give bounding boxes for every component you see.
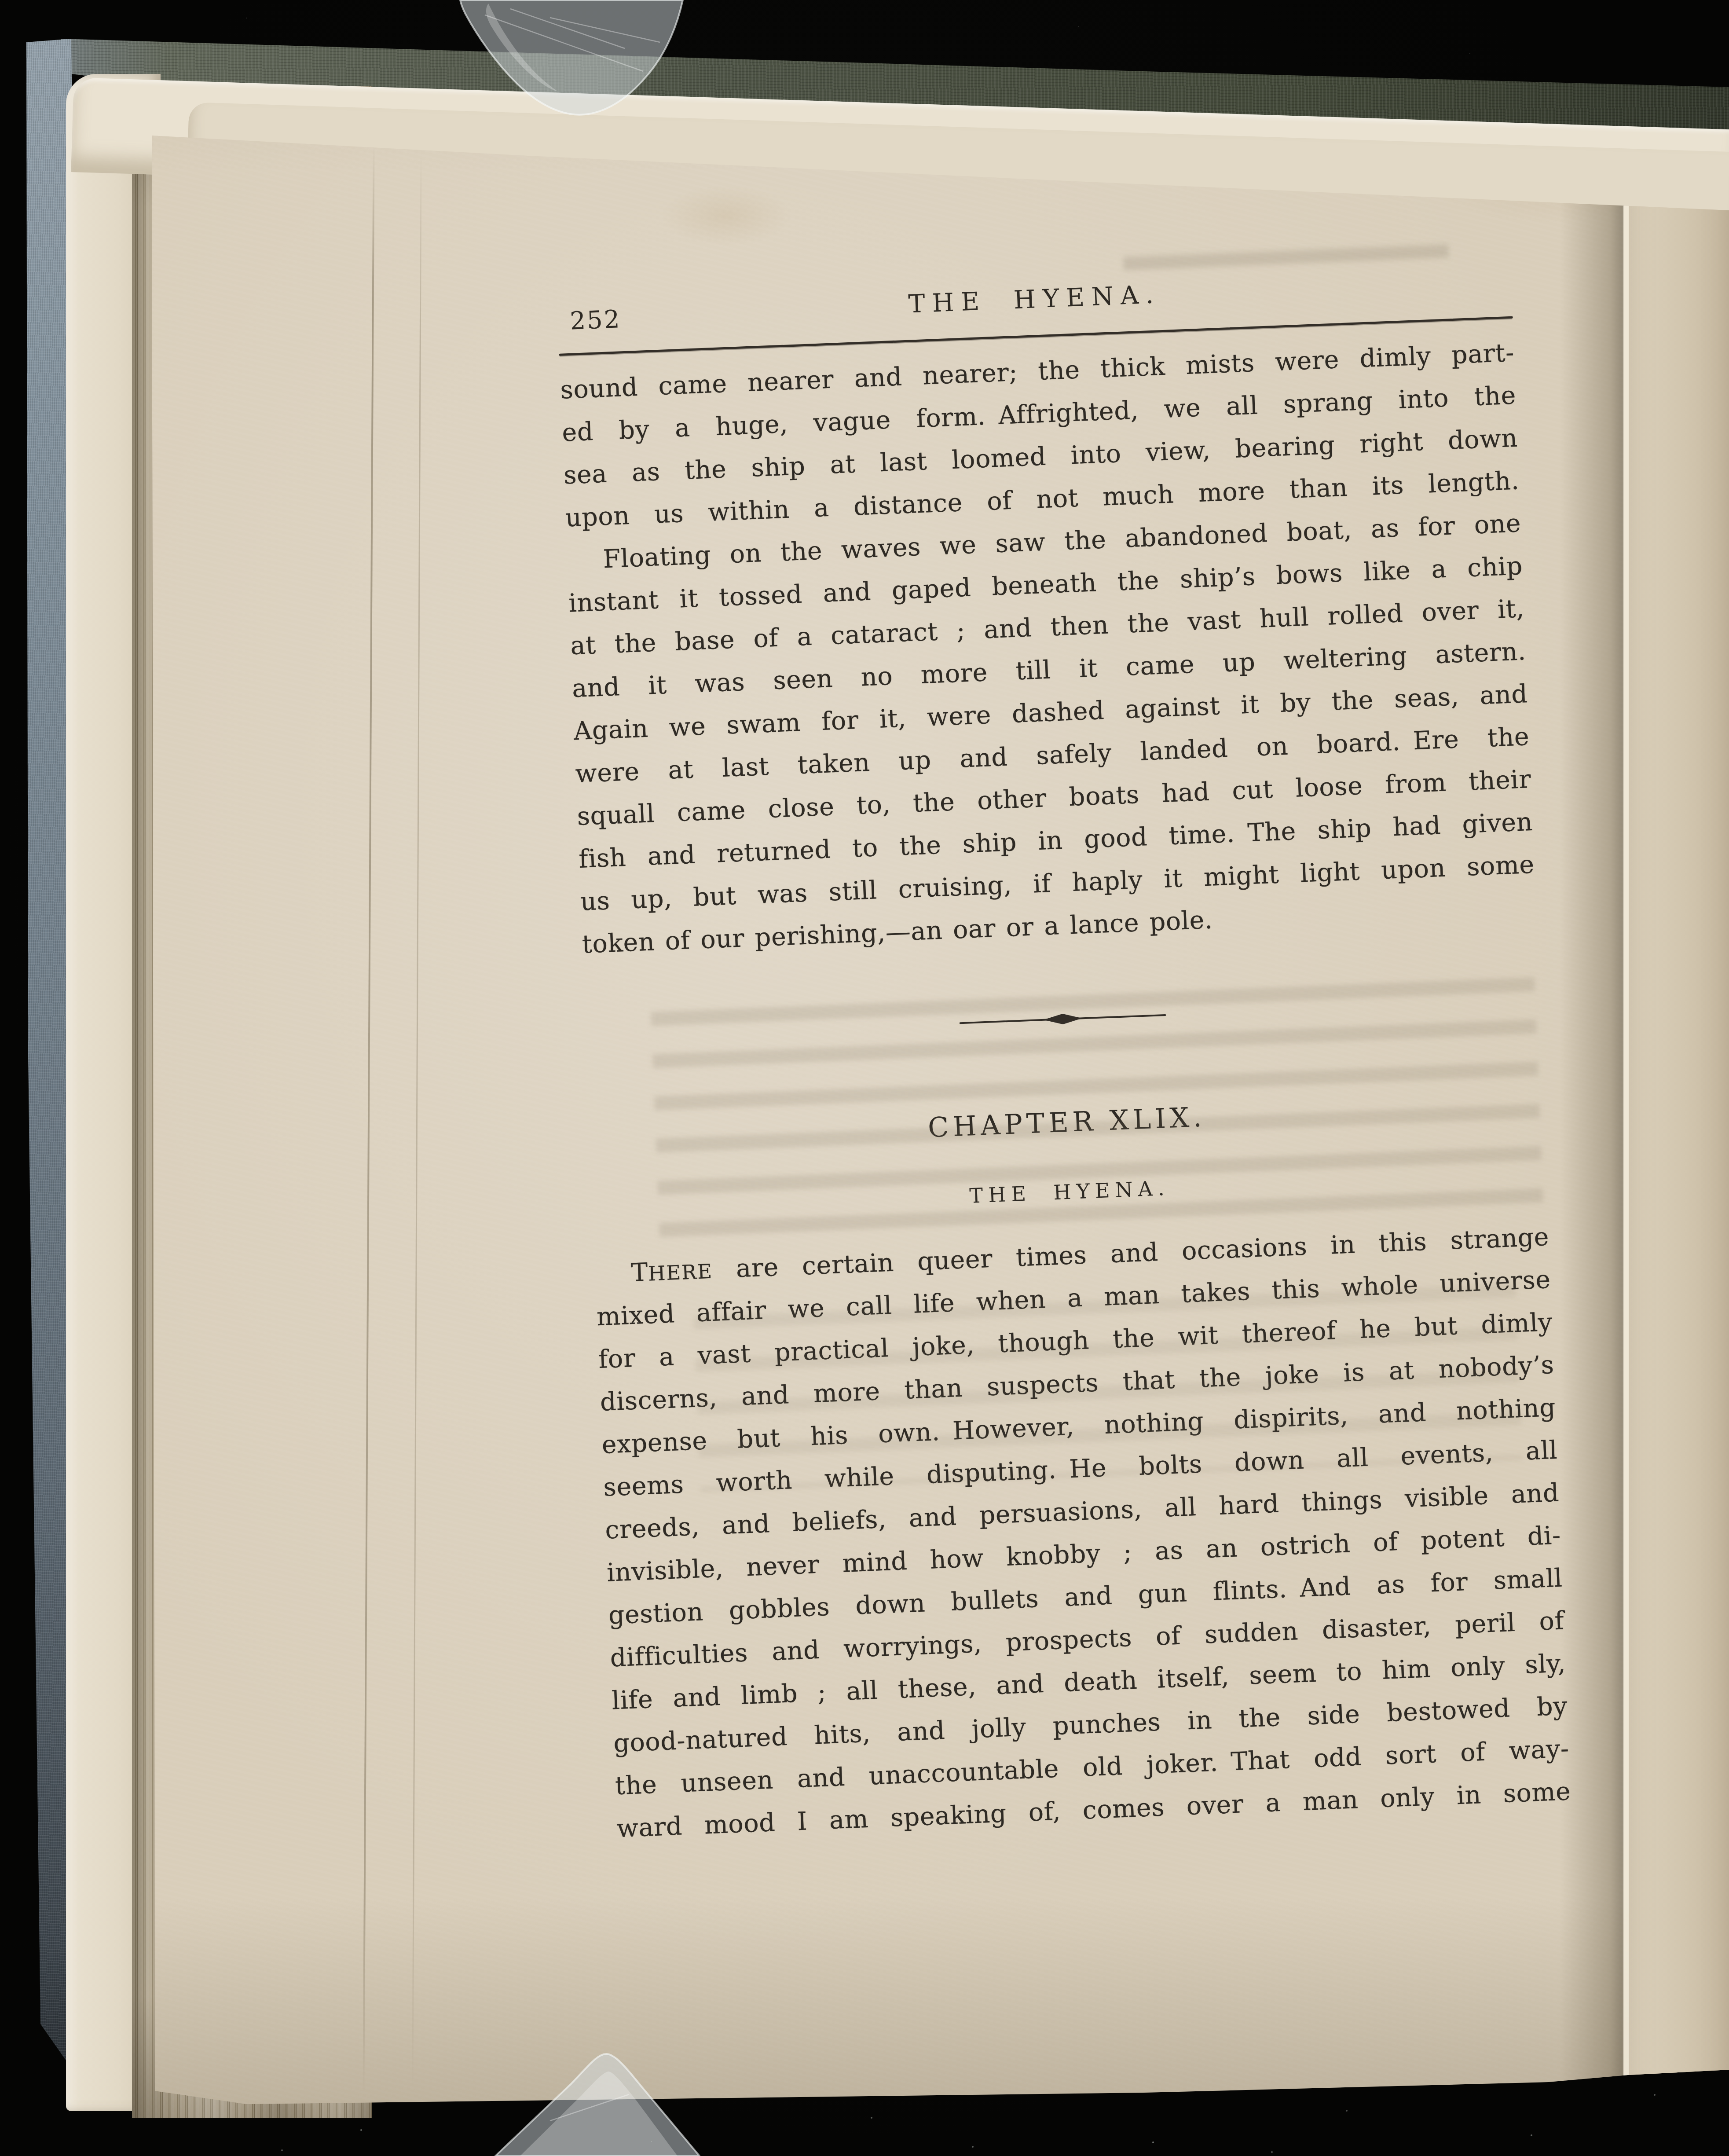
top-page-holder-clip	[460, 0, 683, 115]
photo-open-book: 252 THE HYENA. sound came nearer and nea…	[0, 0, 1729, 2156]
acrylic-clips-overlay	[0, 0, 1729, 2156]
dust-specks	[0, 0, 1, 1]
bottom-page-holder-clip	[495, 2054, 700, 2156]
